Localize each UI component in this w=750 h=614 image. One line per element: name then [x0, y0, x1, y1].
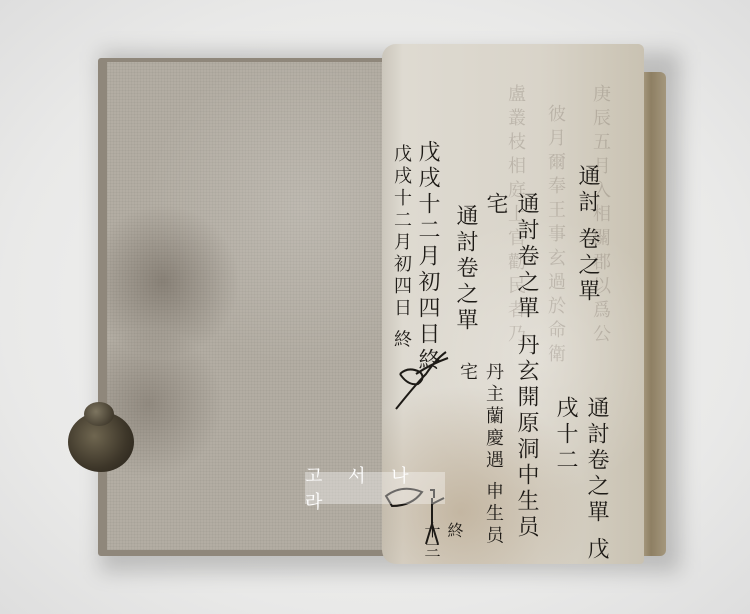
calligraphy-column-6: 通討 卷之單 — [572, 164, 603, 305]
bird-sketch-icon — [386, 344, 456, 414]
calligraphy-column-7: 通討卷之單 戊戌十二 — [550, 396, 612, 564]
calligraphy-column-1: 戊戌十二月初四日 終 — [388, 144, 414, 352]
watermark-text: 고 서 나 라 — [305, 462, 445, 514]
watermark: 고 서 나 라 — [305, 472, 445, 504]
calligraphy-column-2: 戊戌十二月初四日終 — [412, 140, 443, 374]
brass-weight-top — [84, 402, 114, 426]
calligraphy-column-3: 通討卷之單 — [450, 204, 481, 334]
